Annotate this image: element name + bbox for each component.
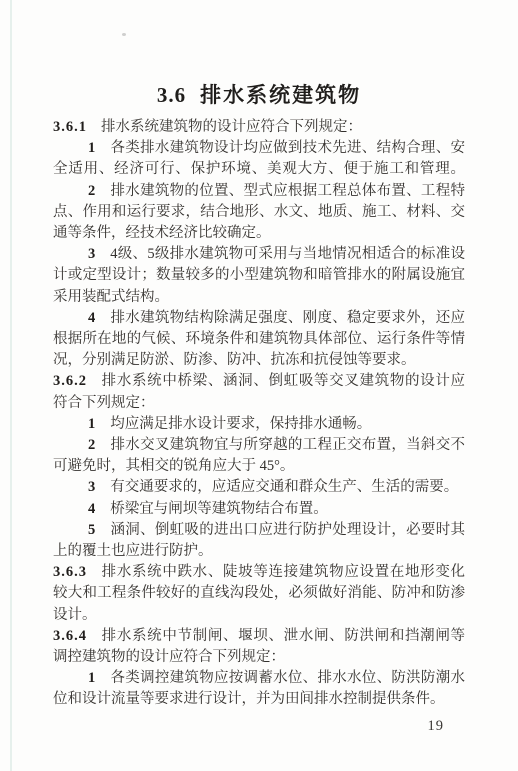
text-line: 计或定型设计；数量较多的小型建筑物和暗管排水的附属设施宜 bbox=[53, 265, 465, 286]
page-number: 19 bbox=[53, 718, 465, 734]
page-content: 3.6排水系统建筑物 3.6.1排水系统建筑物的设计应符合下列规定： 1各类排水… bbox=[53, 82, 465, 734]
clause-text: 排水系统中桥梁、涵洞、倒虹吸等交叉建筑物的设计应 bbox=[101, 373, 465, 389]
text-line: 较大和工程条件较好的直线沟段处，必须做好消能、防冲和防渗 bbox=[53, 583, 465, 604]
line-text: 根据所在地的气候、环境条件和建筑物具体部位、运行条件等情 bbox=[53, 331, 465, 347]
item-number: 1 bbox=[88, 416, 95, 432]
item-line: 1均应满足排水设计要求，保持排水通畅。 bbox=[53, 414, 465, 435]
clause-3-6-4-line: 3.6.4排水系统中节制闸、堰坝、泄水闸、防洪闸和挡潮闸等 bbox=[53, 626, 465, 647]
text-line: 况，分别满足防淤、防渗、防冲、抗冻和抗侵蚀等要求。 bbox=[53, 350, 465, 371]
clause-number: 3.6.1 bbox=[53, 119, 87, 135]
item-text: 有交通要求的，应适应交通和群众生产、生活的需要。 bbox=[110, 479, 458, 495]
line-text: 调控建筑物的设计应符合下列规定： bbox=[53, 649, 285, 665]
item-number: 1 bbox=[88, 140, 95, 156]
section-heading-text: 排水系统建筑物 bbox=[200, 83, 361, 107]
line-text: 符合下列规定： bbox=[53, 395, 155, 411]
item-line: 3有交通要求的，应适应交通和群众生产、生活的需要。 bbox=[53, 477, 465, 498]
line-text: 采用装配式结构。 bbox=[53, 289, 169, 305]
line-text: 位和设计流量等要求进行设计，并为田间排水控制提供条件。 bbox=[53, 691, 445, 707]
text-line: 设计。 bbox=[53, 605, 465, 626]
item-text: 各类排水建筑物设计均应做到技术先进、结构合理、安 bbox=[110, 140, 465, 156]
item-number: 4 bbox=[88, 310, 95, 326]
clause-number: 3.6.4 bbox=[53, 628, 87, 644]
item-number: 3 bbox=[88, 246, 95, 262]
text-line: 上的覆土也应进行防护。 bbox=[53, 541, 465, 562]
clause-text: 排水系统中跌水、陡坡等连接建筑物应设置在地形变化 bbox=[101, 564, 465, 580]
item-text: 4级、5级排水建筑物可采用与当地情况相适合的标准设 bbox=[110, 246, 465, 262]
scan-speck bbox=[122, 33, 126, 36]
clause-text: 排水系统建筑物的设计应符合下列规定： bbox=[101, 119, 362, 135]
text-line: 全适用、经济可行、保护环境、美观大方、便于施工和管理。 bbox=[53, 159, 465, 180]
line-text: 上的覆土也应进行防护。 bbox=[53, 543, 213, 559]
text-line: 点、作用和运行要求，结合地形、水文、地质、施工、材料、交 bbox=[53, 202, 465, 223]
item-number: 4 bbox=[88, 501, 95, 517]
line-text: 可避免时，其相交的锐角应大于 45°。 bbox=[53, 458, 294, 474]
scan-edge-artifact bbox=[10, 0, 12, 771]
text-line: 采用装配式结构。 bbox=[53, 287, 465, 308]
item-line: 34级、5级排水建筑物可采用与当地情况相适合的标准设 bbox=[53, 244, 465, 265]
line-text: 点、作用和运行要求，结合地形、水文、地质、施工、材料、交 bbox=[53, 204, 465, 220]
item-text: 均应满足排水设计要求，保持排水通畅。 bbox=[110, 416, 371, 432]
item-number: 2 bbox=[88, 183, 95, 199]
line-text: 通等条件，经技术经济比较确定。 bbox=[53, 225, 271, 241]
document-page: 3.6排水系统建筑物 3.6.1排水系统建筑物的设计应符合下列规定： 1各类排水… bbox=[0, 0, 518, 771]
line-text: 较大和工程条件较好的直线沟段处，必须做好消能、防冲和防渗 bbox=[53, 585, 465, 601]
line-text: 全适用、经济可行、保护环境、美观大方、便于施工和管理。 bbox=[53, 161, 465, 177]
item-text: 排水建筑物的位置、型式应根据工程总体布置、工程特 bbox=[110, 183, 465, 199]
clause-3-6-3-line: 3.6.3排水系统中跌水、陡坡等连接建筑物应设置在地形变化 bbox=[53, 562, 465, 583]
item-line: 1各类调控建筑物应按调蓄水位、排水水位、防洪防潮水 bbox=[53, 668, 465, 689]
clause-number: 3.6.3 bbox=[53, 564, 87, 580]
line-text: 计或定型设计；数量较多的小型建筑物和暗管排水的附属设施宜 bbox=[53, 267, 465, 283]
line-text: 况，分别满足防淤、防渗、防冲、抗冻和抗侵蚀等要求。 bbox=[53, 352, 416, 368]
clause-number: 3.6.2 bbox=[53, 373, 87, 389]
item-line: 4排水建筑物结构除满足强度、刚度、稳定要求外，还应 bbox=[53, 308, 465, 329]
item-text: 排水建筑物结构除满足强度、刚度、稳定要求外，还应 bbox=[110, 310, 465, 326]
item-number: 1 bbox=[88, 670, 95, 686]
item-line: 4桥梁宜与闸坝等建筑物结合布置。 bbox=[53, 499, 465, 520]
item-text: 桥梁宜与闸坝等建筑物结合布置。 bbox=[110, 501, 328, 517]
text-line: 根据所在地的气候、环境条件和建筑物具体部位、运行条件等情 bbox=[53, 329, 465, 350]
text-line: 位和设计流量等要求进行设计，并为田间排水控制提供条件。 bbox=[53, 689, 465, 710]
item-text: 涵洞、倒虹吸的进出口应进行防护处理设计，必要时其 bbox=[110, 522, 465, 538]
item-number: 3 bbox=[88, 479, 95, 495]
line-text: 设计。 bbox=[53, 607, 97, 623]
clause-3-6-2-line: 3.6.2排水系统中桥梁、涵洞、倒虹吸等交叉建筑物的设计应 bbox=[53, 371, 465, 392]
item-line: 2排水建筑物的位置、型式应根据工程总体布置、工程特 bbox=[53, 181, 465, 202]
section-heading-number: 3.6 bbox=[157, 83, 186, 107]
text-line: 调控建筑物的设计应符合下列规定： bbox=[53, 647, 465, 668]
item-line: 2排水交叉建筑物宜与所穿越的工程正交布置，当斜交不 bbox=[53, 435, 465, 456]
item-line: 5涵洞、倒虹吸的进出口应进行防护处理设计，必要时其 bbox=[53, 520, 465, 541]
section-heading: 3.6排水系统建筑物 bbox=[53, 82, 465, 108]
item-text: 各类调控建筑物应按调蓄水位、排水水位、防洪防潮水 bbox=[110, 670, 465, 686]
clause-text: 排水系统中节制闸、堰坝、泄水闸、防洪闸和挡潮闸等 bbox=[101, 628, 465, 644]
text-line: 可避免时，其相交的锐角应大于 45°。 bbox=[53, 456, 465, 477]
clause-3-6-1-line: 3.6.1排水系统建筑物的设计应符合下列规定： bbox=[53, 117, 465, 138]
item-line: 1各类排水建筑物设计均应做到技术先进、结构合理、安 bbox=[53, 138, 465, 159]
item-text: 排水交叉建筑物宜与所穿越的工程正交布置，当斜交不 bbox=[110, 437, 465, 453]
text-line: 符合下列规定： bbox=[53, 393, 465, 414]
item-number: 2 bbox=[88, 437, 95, 453]
text-line: 通等条件，经技术经济比较确定。 bbox=[53, 223, 465, 244]
item-number: 5 bbox=[88, 522, 95, 538]
